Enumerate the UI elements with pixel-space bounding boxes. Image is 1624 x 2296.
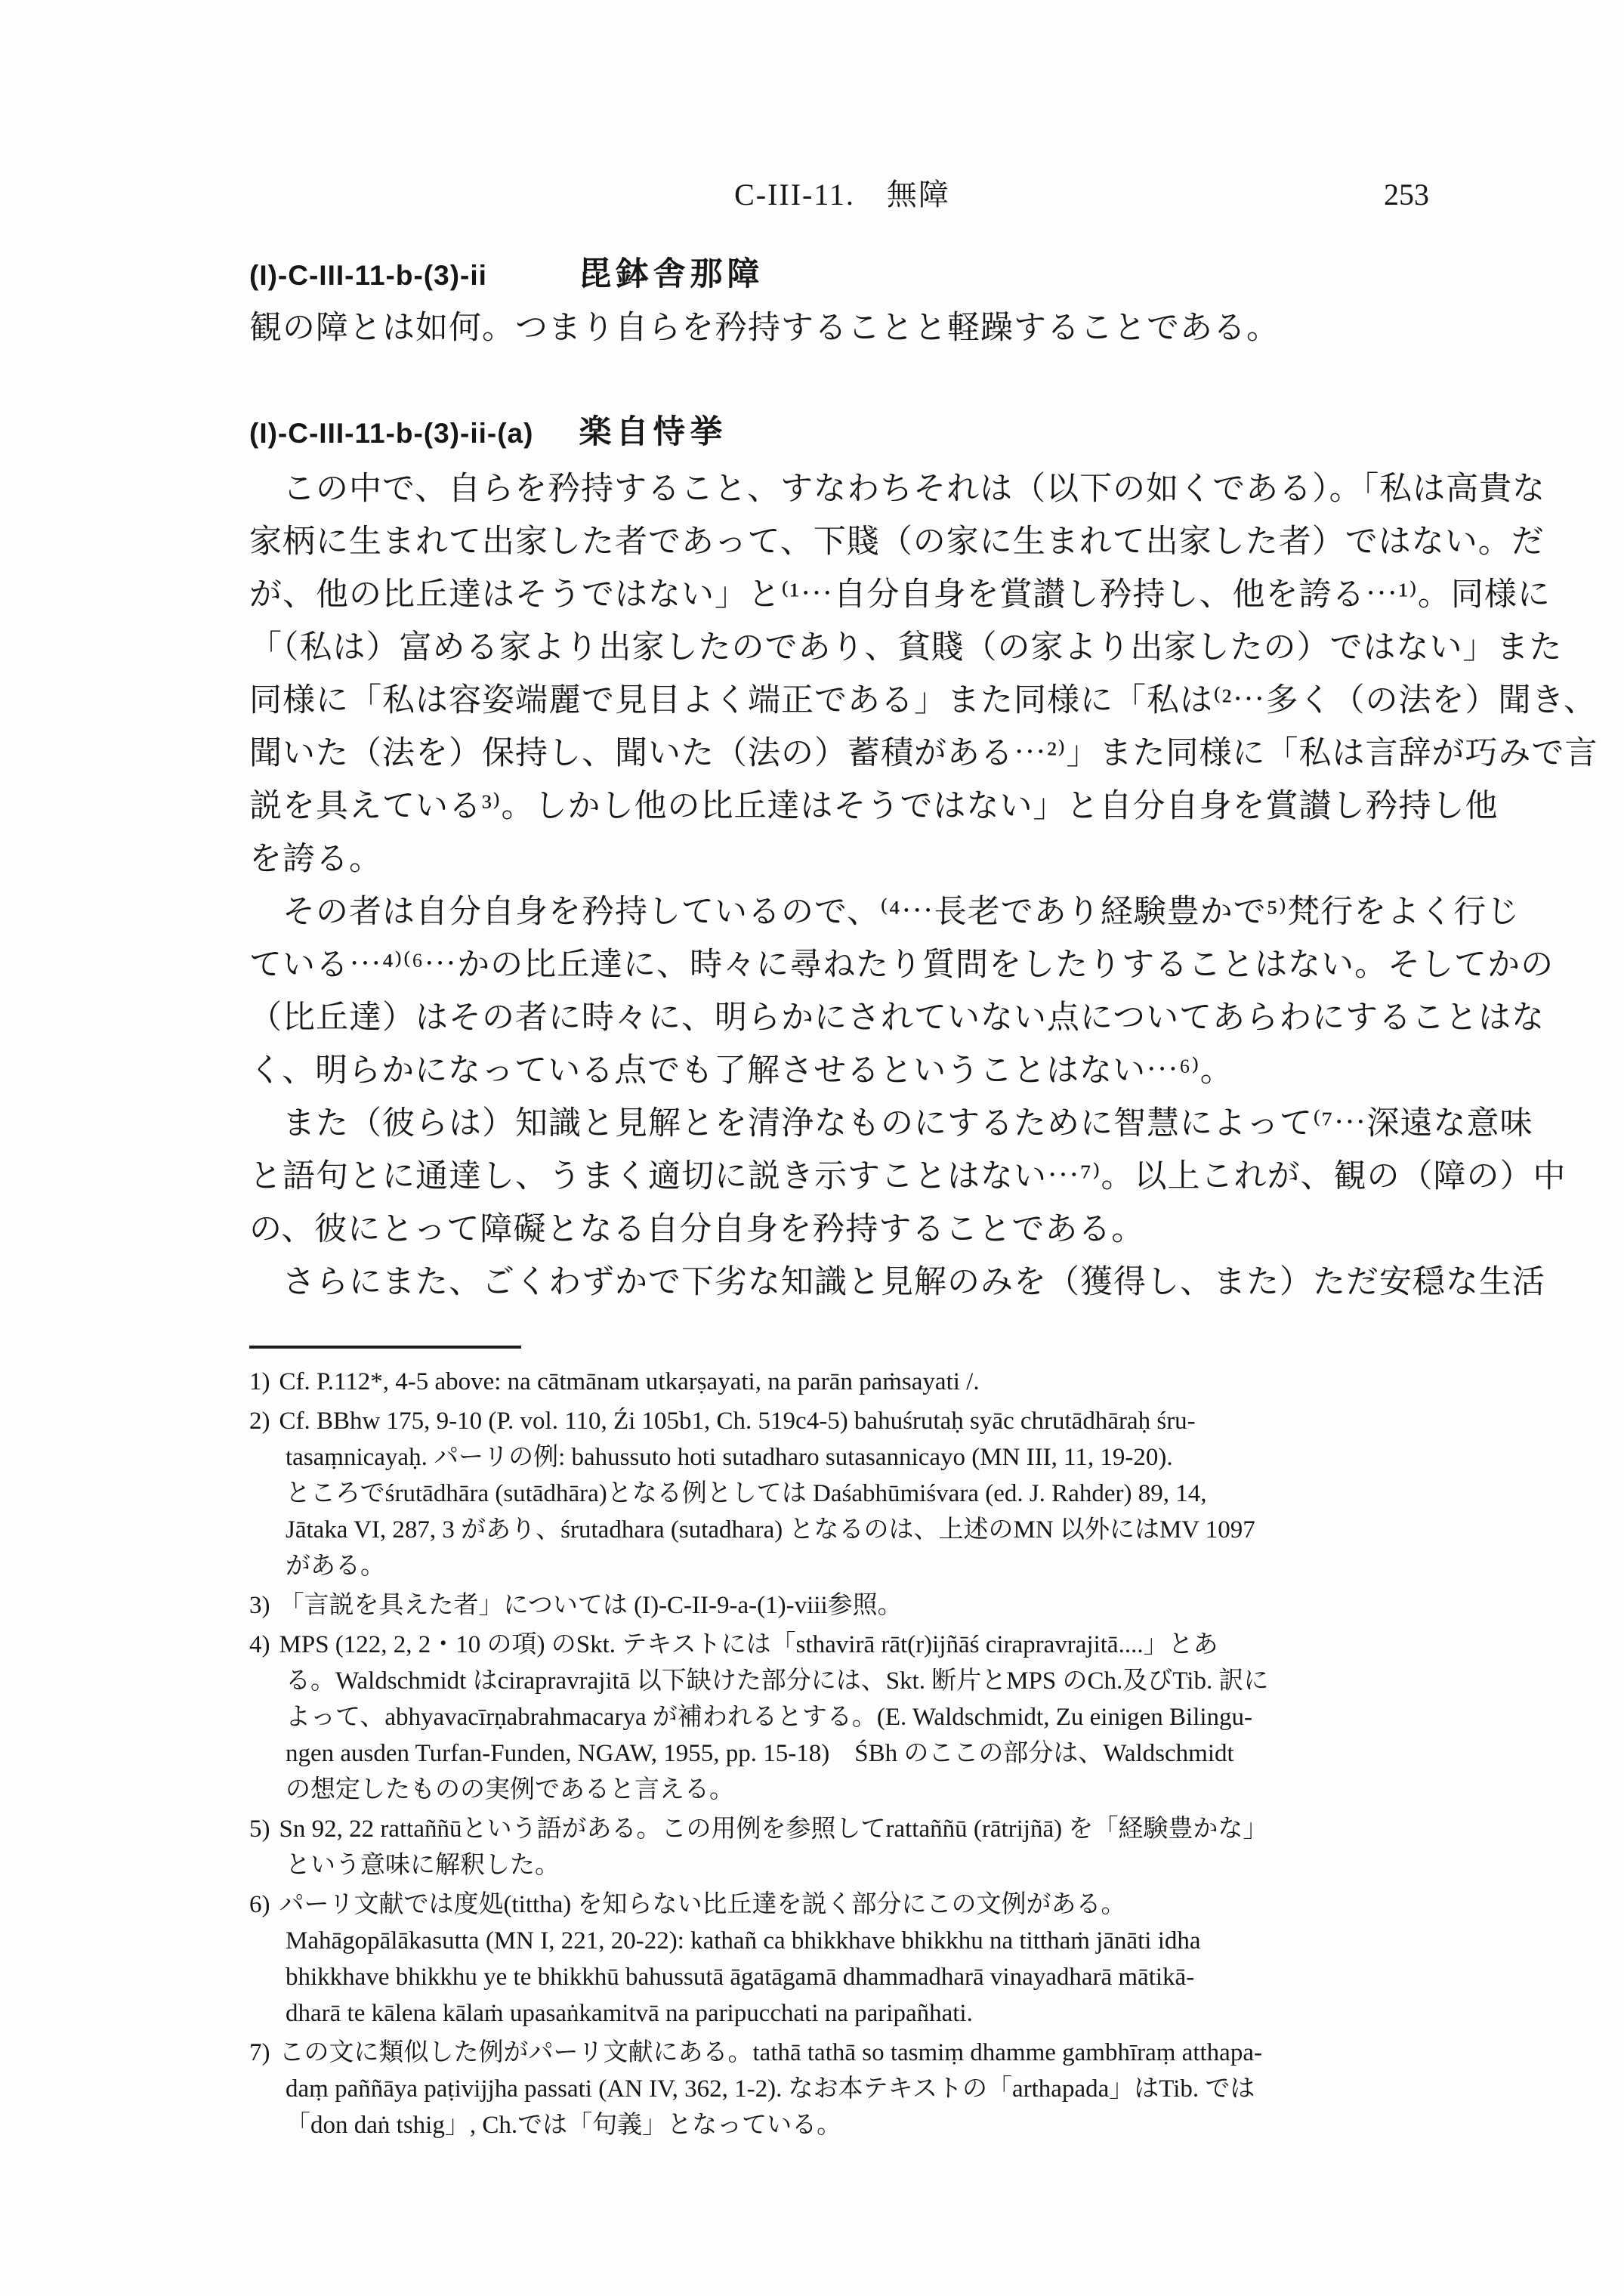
paragraph-line: さらにまた、ごくわずかで下劣な知識と見解のみを（獲得し、また）ただ安穏な生活 xyxy=(249,1256,1435,1309)
footnote-line: という意味に解釈した。 xyxy=(286,1847,1435,1883)
footnote-text: パーリ文献では度処(tittha) を知らない比丘達を説く部分にこの文例がある。 xyxy=(279,1891,1126,1918)
section-title: 毘鉢舎那障 xyxy=(579,256,764,292)
footnote-line: 「don daṅ tshig」, Ch.では「句義」となっている。 xyxy=(286,2107,1435,2143)
footnote-text: MPS (122, 2, 2・10 の項) のSkt. テキストには「sthav… xyxy=(279,1631,1218,1658)
footnote-line: よって、abhyavacīrṇabrahmacarya が補われるとする。(E.… xyxy=(286,1699,1435,1735)
section-title: 楽自恃挙 xyxy=(579,414,727,450)
footnote-line: Jātaka VI, 287, 3 があり、śrutadhara (sutadh… xyxy=(286,1512,1435,1548)
page-number: 253 xyxy=(1384,175,1429,215)
section-a-paragraph: 観の障とは如何。つまり自らを矜持することと軽躁することである。 xyxy=(249,304,1435,354)
paragraph-line: 観の障とは如何。つまり自らを矜持することと軽躁することである。 xyxy=(249,304,1435,354)
paragraph-line: を誇る。 xyxy=(249,833,1435,886)
paragraph-line: 「（私は）富める家より出家したのであり、貧賤（の家より出家したの）ではない」また xyxy=(249,622,1435,675)
footnote-3: 3)「言説を具えた者」については (I)-C-II-9-a-(1)-viii参照… xyxy=(249,1587,1435,1624)
footnote-label: 1) xyxy=(249,1368,270,1395)
footnote-text: Cf. BBhw 175, 9-10 (P. vol. 110, Źi 105b… xyxy=(279,1408,1196,1435)
footnote-line: 1)Cf. P.112*, 4-5 above: na cātmānam utk… xyxy=(286,1364,1435,1400)
paragraph-line: また（彼らは）知識と見解とを清浄なものにするために智慧によって⁽⁷⋯深遠な意味 xyxy=(249,1098,1435,1151)
footnote-text: Sn 92, 22 rattaññūという語がある。この用例を参照してratta… xyxy=(279,1815,1268,1843)
paragraph-line: 同様に「私は容姿端麗で見目よく端正である」また同様に「私は⁽²⋯多く（の法を）聞… xyxy=(249,675,1435,728)
footnote-label: 5) xyxy=(249,1815,270,1843)
footnote-4: 4)MPS (122, 2, 2・10 の項) のSkt. テキストには「sth… xyxy=(249,1627,1435,1808)
paragraph-line: く、明らかになっている点でも了解させるということはない⋯⁶⁾。 xyxy=(249,1045,1435,1098)
footnote-label: 4) xyxy=(249,1631,270,1658)
running-head: C-III-11. 無障 xyxy=(249,175,1435,215)
paragraph-line: 説を具えている³⁾。しかし他の比丘達はそうではない」と自分自身を賞讃し矜持し他 xyxy=(249,780,1435,833)
paragraph-line: と語句とに通達し、うまく適切に説き示すことはない⋯⁷⁾。以上これが、観の（障の）… xyxy=(249,1151,1435,1204)
footnote-2: 2)Cf. BBhw 175, 9-10 (P. vol. 110, Źi 10… xyxy=(249,1403,1435,1584)
footnote-line: 3)「言説を具えた者」については (I)-C-II-9-a-(1)-viii参照… xyxy=(286,1587,1435,1624)
section-heading-vipasyana: (I)-C-III-11-b-(3)-ii 毘鉢舎那障 xyxy=(249,249,1435,295)
footnote-1: 1)Cf. P.112*, 4-5 above: na cātmānam utk… xyxy=(249,1364,1435,1400)
footnote-line: 2)Cf. BBhw 175, 9-10 (P. vol. 110, Źi 10… xyxy=(286,1403,1435,1439)
paragraph-line: ている⋯⁴⁾⁽⁶⋯かの比丘達に、時々に尋ねたり質問をしたりすることはない。そして… xyxy=(249,939,1435,992)
paragraph-line: （比丘達）はその者に時々に、明らかにされていない点についてあらわにすることはな xyxy=(249,992,1435,1045)
paragraph-line: が、他の比丘達はそうではない」と⁽¹⋯自分自身を賞讃し矜持し、他を誇る⋯¹⁾。同… xyxy=(249,569,1435,622)
footnote-line: dharā te kālena kālaṁ upasaṅkamitvā na p… xyxy=(286,1995,1435,2032)
paragraph-line: この中で、自らを矜持すること、すなわちそれは（以下の如くである）。「私は高貴な xyxy=(249,463,1435,516)
footnote-text: この文に類似した例がパーリ文献にある。tathā tathā so tasmiṃ… xyxy=(279,2039,1262,2066)
section-id: (I)-C-III-11-b-(3)-ii-(a) xyxy=(249,418,576,450)
page-header: C-III-11. 無障 253 xyxy=(249,175,1435,215)
footnote-line: 5)Sn 92, 22 rattaññūという語がある。この用例を参照してrat… xyxy=(286,1811,1435,1847)
section-id: (I)-C-III-11-b-(3)-ii xyxy=(249,260,576,292)
footnote-line: の想定したものの実例であると言える。 xyxy=(286,1772,1435,1808)
footnote-line: 4)MPS (122, 2, 2・10 の項) のSkt. テキストには「sth… xyxy=(286,1627,1435,1663)
footnote-5: 5)Sn 92, 22 rattaññūという語がある。この用例を参照してrat… xyxy=(249,1811,1435,1883)
footnote-line: 7)この文に類似した例がパーリ文献にある。tathā tathā so tasm… xyxy=(286,2035,1435,2071)
paragraph-line: の、彼にとって障礙となる自分自身を矜持することである。 xyxy=(249,1204,1435,1256)
footnote-label: 6) xyxy=(249,1891,270,1918)
paragraph-line: 家柄に生まれて出家した者であって、下賤（の家に生まれて出家した者）ではない。だ xyxy=(249,516,1435,569)
footnote-line: る。Waldschmidt はcirapravrajitā 以下缺けた部分には、… xyxy=(286,1663,1435,1699)
footnotes: 1)Cf. P.112*, 4-5 above: na cātmānam utk… xyxy=(249,1364,1435,2143)
footnote-text: Cf. P.112*, 4-5 above: na cātmānam utkar… xyxy=(279,1368,980,1395)
footnote-6: 6)パーリ文献では度処(tittha) を知らない比丘達を説く部分にこの文例があ… xyxy=(249,1887,1435,2032)
footnote-line: ところでśrutādhāra (sutādhāra)となる例としては Daśab… xyxy=(286,1476,1435,1512)
paragraph-line: その者は自分自身を矜持しているので、⁽⁴⋯長老であり経験豊かで⁵⁾梵行をよく行じ xyxy=(249,886,1435,939)
footnote-label: 2) xyxy=(249,1408,270,1435)
footnote-line: bhikkhave bhikkhu ye te bhikkhū bahussut… xyxy=(286,1959,1435,1995)
section-heading-rakujijikyo: (I)-C-III-11-b-(3)-ii-(a) 楽自恃挙 xyxy=(249,406,1435,453)
scanned-document-page: C-III-11. 無障 253 (I)-C-III-11-b-(3)-ii 毘… xyxy=(0,0,1624,2296)
footnote-line: がある。 xyxy=(286,1548,1435,1584)
footnote-label: 7) xyxy=(249,2039,270,2066)
page-content: C-III-11. 無障 253 (I)-C-III-11-b-(3)-ii 毘… xyxy=(249,175,1435,2146)
footnote-text: 「言説を具えた者」については (I)-C-II-9-a-(1)-viii参照。 xyxy=(279,1592,903,1619)
footnote-line: ngen ausden Turfan-Funden, NGAW, 1955, p… xyxy=(286,1735,1435,1772)
paragraph-line: 聞いた（法を）保持し、聞いた（法の）蓄積がある⋯²⁾」また同様に「私は言辞が巧み… xyxy=(249,728,1435,780)
section-b-paragraphs: この中で、自らを矜持すること、すなわちそれは（以下の如くである）。「私は高貴な … xyxy=(249,463,1435,1309)
footnote-label: 3) xyxy=(249,1592,270,1619)
footnote-separator xyxy=(249,1346,521,1349)
footnote-line: daṃ paññāya paṭivijjha passati (AN IV, 3… xyxy=(286,2071,1435,2107)
footnote-line: 6)パーリ文献では度処(tittha) を知らない比丘達を説く部分にこの文例があ… xyxy=(286,1887,1435,1923)
footnote-7: 7)この文に類似した例がパーリ文献にある。tathā tathā so tasm… xyxy=(249,2035,1435,2143)
footnote-line: Mahāgopālākasutta (MN I, 221, 20-22): ka… xyxy=(286,1923,1435,1959)
footnote-line: tasaṃnicayaḥ. パーリの例: bahussuto hoti suta… xyxy=(286,1439,1435,1476)
